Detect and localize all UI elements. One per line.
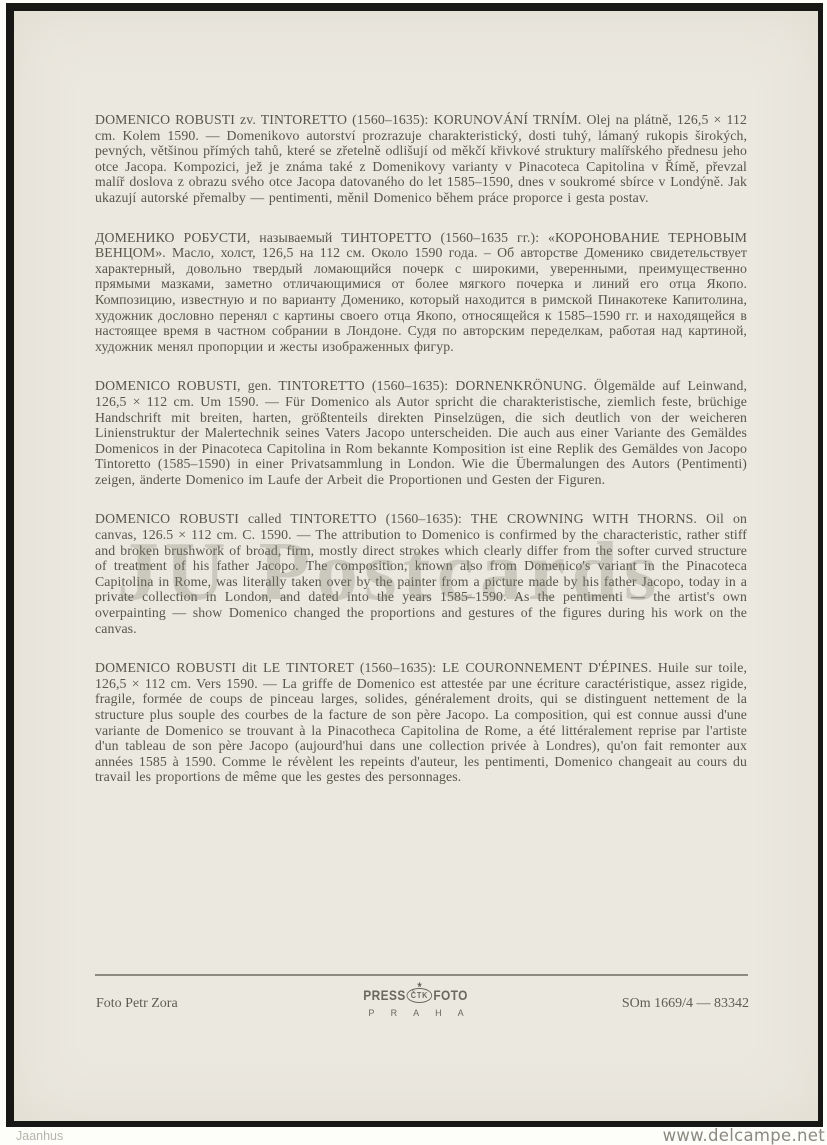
paragraph-german: DOMENICO ROBUSTI, gen. TINTORETTO (1560–… [95, 378, 747, 487]
logo-wordmark: PRESS★ČTKFOTO [364, 987, 469, 1003]
paragraph-czech: DOMENICO ROBUSTI zv. TINTORETTO (1560–16… [95, 112, 747, 206]
footer-divider [95, 974, 748, 976]
logo-press-text: PRESS [364, 987, 406, 1003]
logo-agency-oval: ★ČTK [407, 988, 433, 1003]
logo-foto-text: FOTO [434, 987, 469, 1003]
paragraph-russian: ДОМЕНИКО РОБУСТИ, называемый ТИНТОРЕТТО … [95, 230, 747, 355]
text-column: DOMENICO ROBUSTI zv. TINTORETTO (1560–16… [95, 11, 747, 809]
site-bar: Jaanhus www.delcampe.net [0, 1127, 827, 1145]
scan-border: DOMENICO ROBUSTI zv. TINTORETTO (1560–16… [6, 3, 823, 1127]
paragraph-french: DOMENICO ROBUSTI dit LE TINTORET (1560–1… [95, 660, 747, 785]
site-watermark: www.delcampe.net [663, 1126, 825, 1145]
paragraph-english: DOMENICO ROBUSTI called TINTORETTO (1560… [95, 511, 747, 636]
postcard-back: DOMENICO ROBUSTI zv. TINTORETTO (1560–16… [14, 11, 818, 1121]
star-icon: ★ [417, 981, 422, 989]
seller-watermark: Jaanhus [16, 1129, 63, 1143]
catalog-number: SOm 1669/4 — 83342 [622, 996, 749, 1012]
logo-agency-text: ČTK [411, 990, 428, 1000]
